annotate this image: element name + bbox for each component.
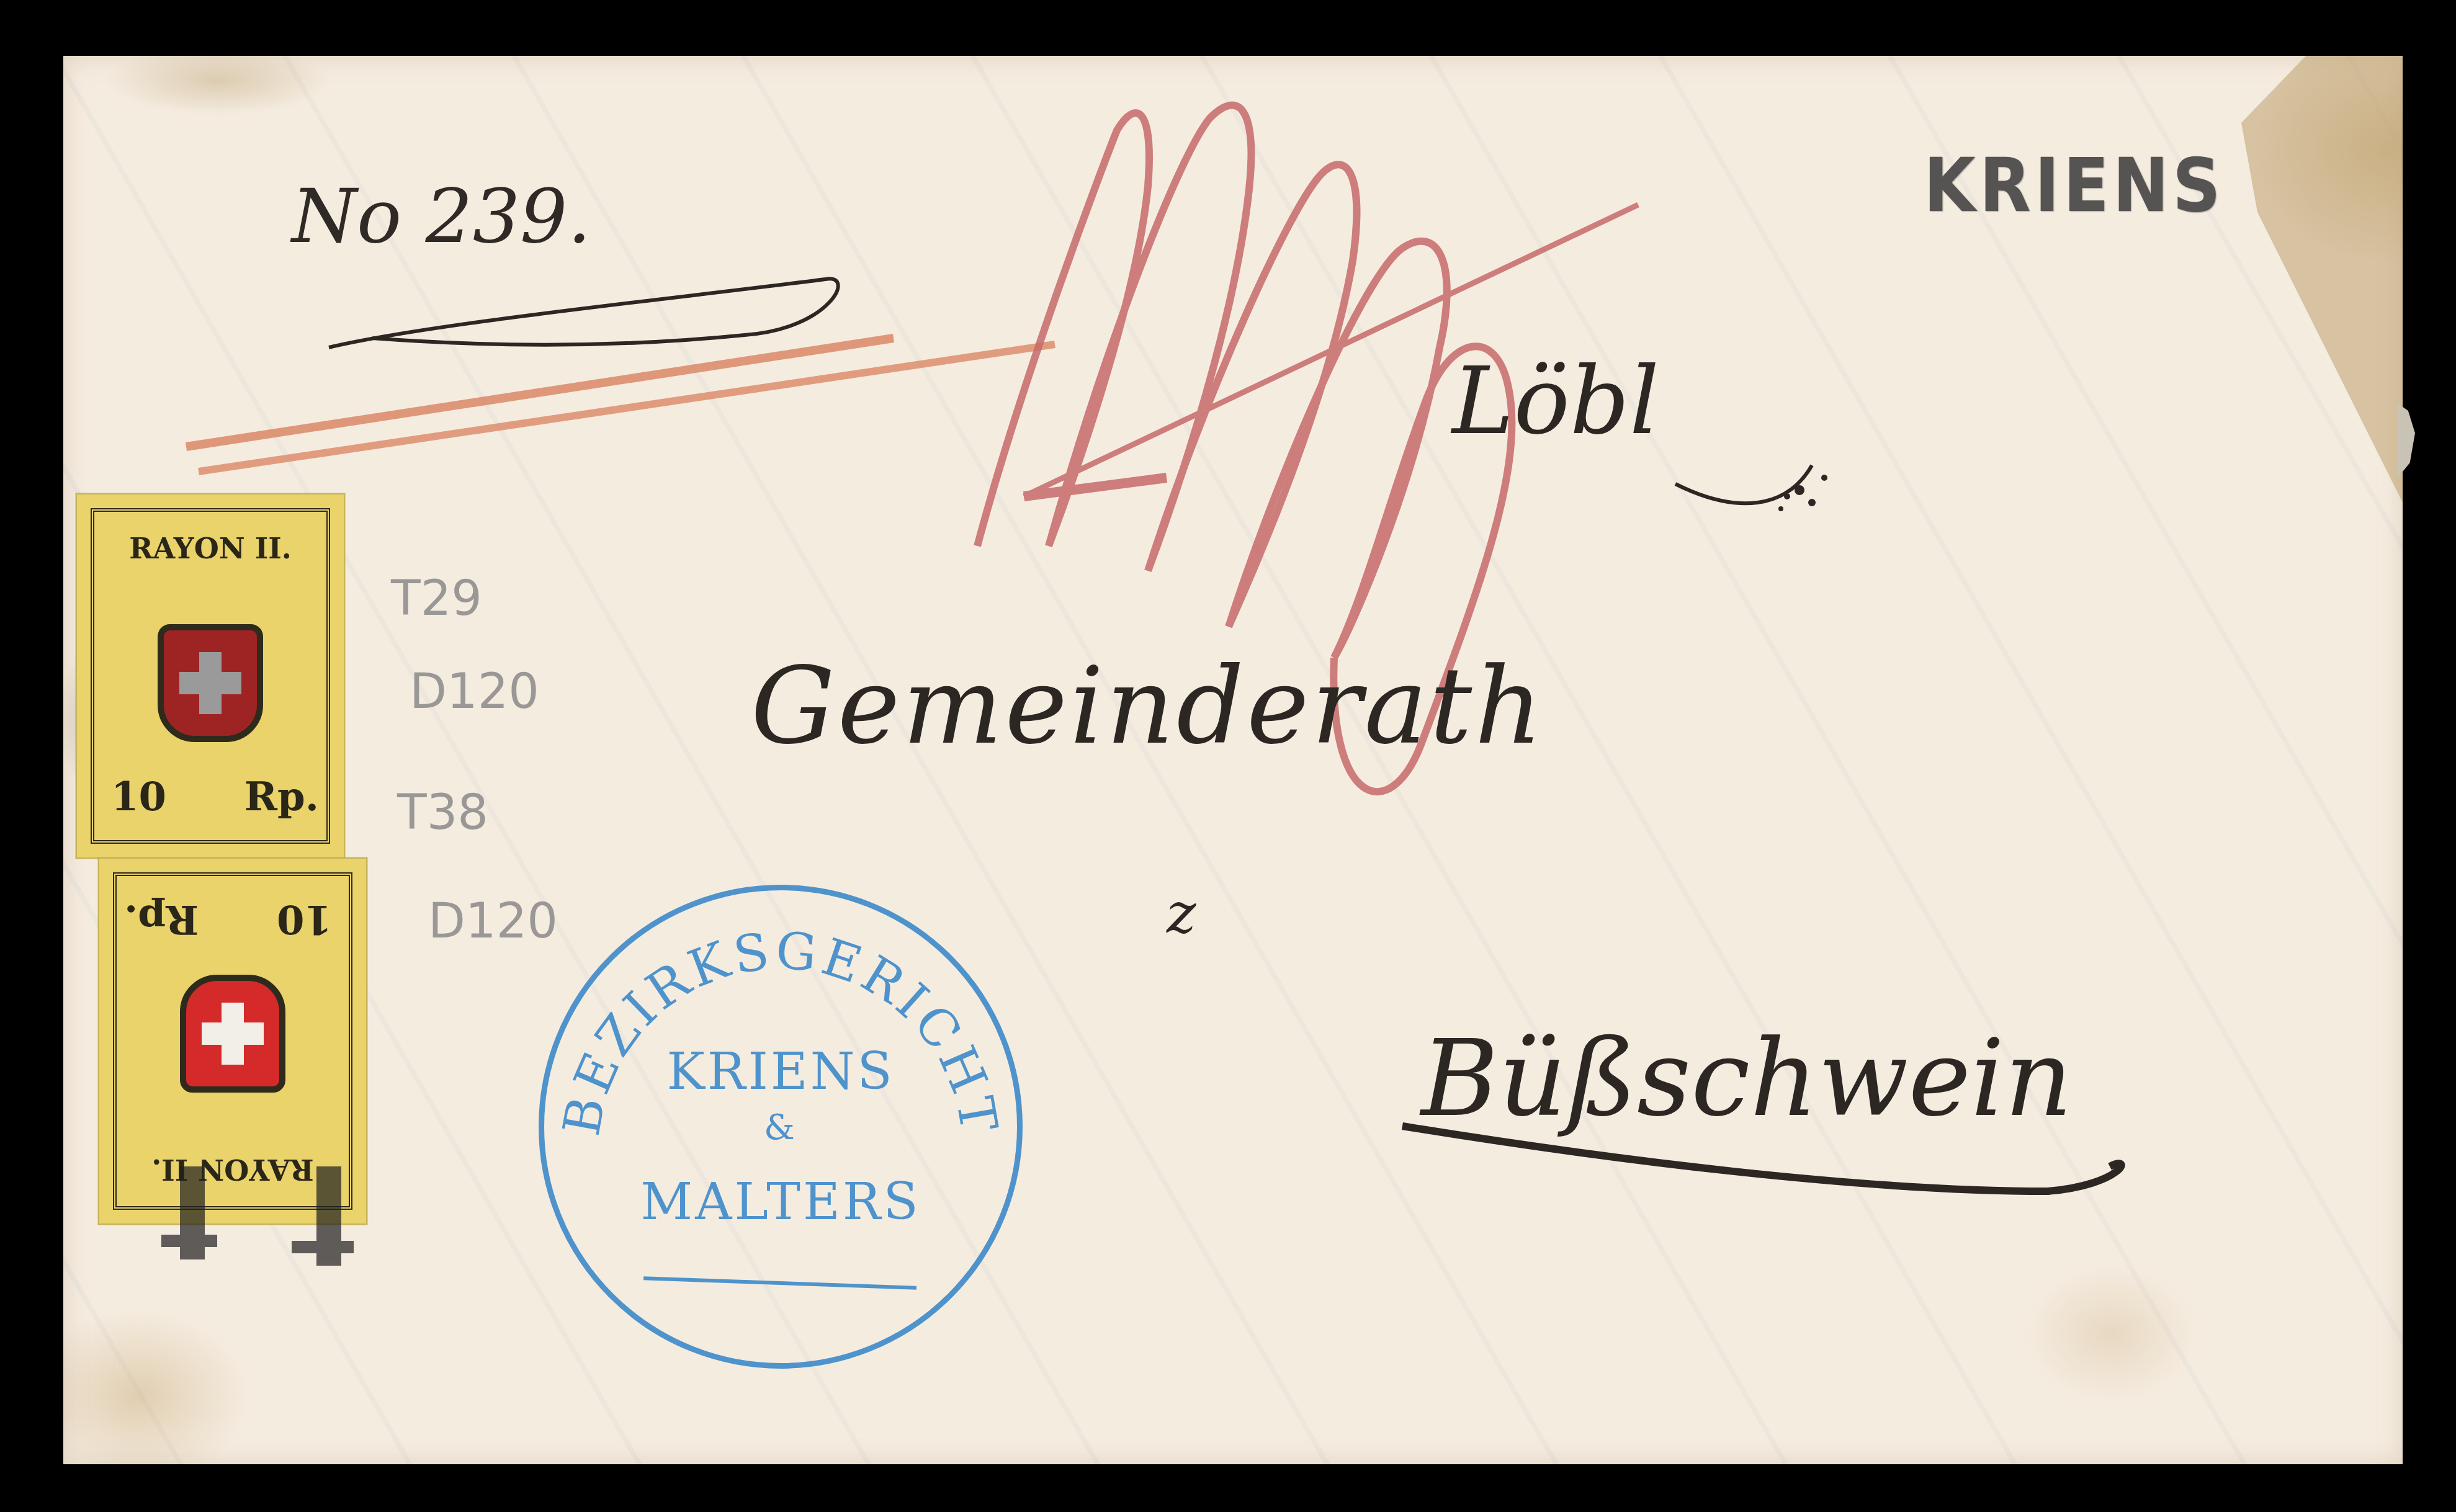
stamp-line-kriens: KRIENS	[544, 1042, 1017, 1101]
corner-stain	[2241, 56, 2403, 503]
address-line-3: z	[1167, 881, 1196, 946]
torn-edge	[2398, 403, 2415, 478]
address-line-1: Löbl	[1452, 347, 1659, 455]
pencil-note: T38	[397, 785, 488, 841]
bezirksgericht-circle-stamp: BEZIRKSGERICHT KRIENS & MALTERS	[539, 885, 1023, 1369]
stamp-rayon-ii-inverted: RAYON II. 10 Rp.	[98, 857, 367, 1225]
stamp-line-ampersand: &	[544, 1107, 1017, 1148]
address-line-2: Gemeinderath	[751, 645, 1545, 768]
stamp-value-unit: Rp.	[244, 774, 319, 820]
kriens-handstamp: KRIENS	[1924, 143, 2225, 229]
pencil-note: D120	[428, 893, 558, 949]
address-line-4: Büßschwein	[1421, 1018, 2073, 1140]
stamp-line-malters: MALTERS	[544, 1173, 1017, 1232]
stamp-value-unit: Rp.	[124, 896, 199, 942]
stamp-value-number: 10	[111, 774, 166, 820]
pencil-note: D120	[410, 664, 539, 720]
swiss-shield-icon	[158, 624, 263, 742]
stamp-value-number: 10	[277, 896, 332, 942]
stamp-rayon-ii-upright: RAYON II. 10 Rp.	[76, 493, 345, 859]
registration-number: No 239.	[292, 174, 591, 260]
stamp-inscription: RAYON II.	[77, 532, 344, 565]
pencil-note: T29	[391, 571, 482, 627]
swiss-shield-icon	[180, 975, 285, 1093]
stamp-inscription: RAYON II.	[99, 1153, 366, 1186]
